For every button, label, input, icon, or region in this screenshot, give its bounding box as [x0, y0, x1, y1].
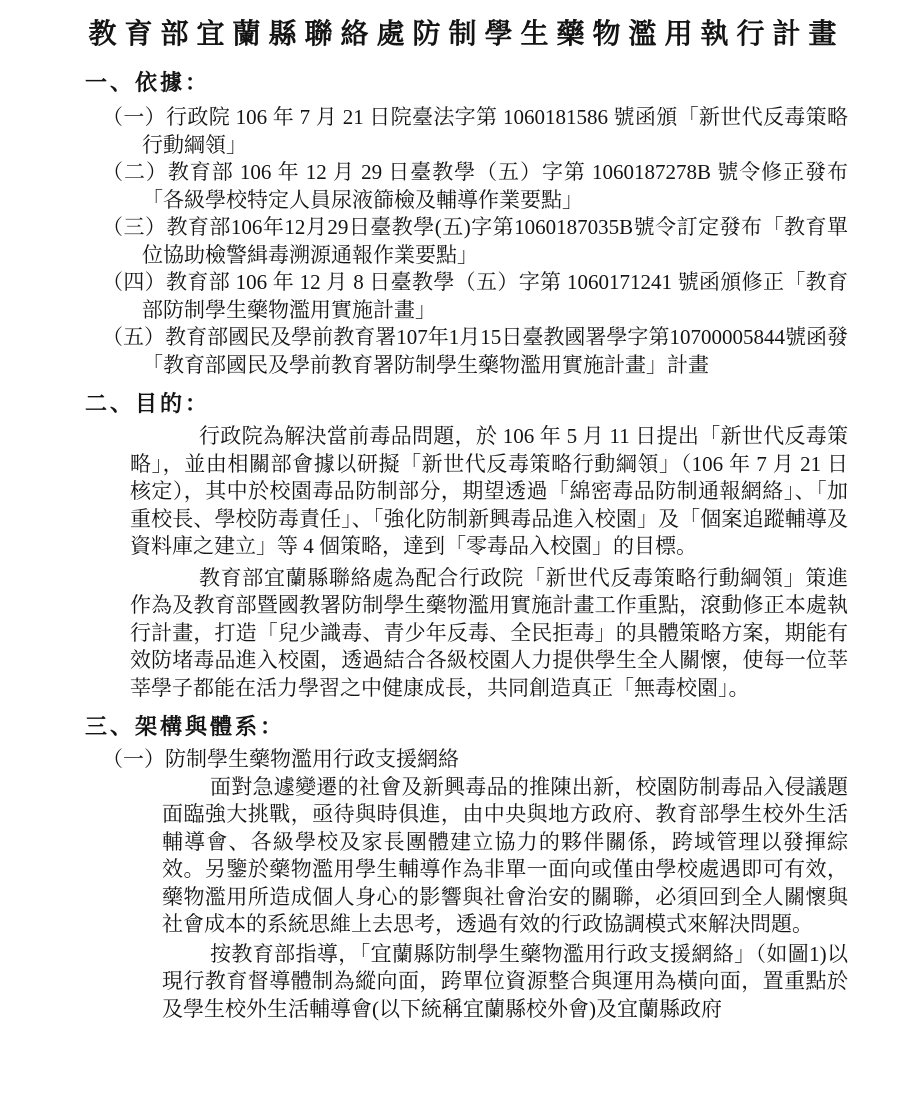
section-heading-purpose: 二、目的： [85, 389, 848, 419]
basis-item-4-text: 教育部 106 年 12 月 8 日臺教學（五）字第 1060171241 號函… [142, 270, 848, 322]
structure-paragraph-1: 面對急遽變遷的社會及新興毒品的推陳出新，校園防制毒品入侵議題面臨強大挑戰，亟待與… [162, 774, 848, 939]
basis-item-3: （三）教育部106年12月29日臺教學(五)字第1060187035B號令訂定發… [142, 214, 848, 269]
basis-item-5-marker: （五） [102, 325, 165, 349]
basis-list: （一）行政院 106 年 7 月 21 日院臺法字第 1060181586 號函… [85, 104, 848, 379]
basis-item-4: （四）教育部 106 年 12 月 8 日臺教學（五）字第 1060171241… [142, 269, 848, 324]
basis-item-3-marker: （三） [102, 215, 166, 239]
basis-item-2-marker: （二） [102, 160, 168, 184]
basis-item-3-text: 教育部106年12月29日臺教學(五)字第1060187035B號令訂定發布「教… [142, 215, 848, 267]
structure-subsection-marker: （一） [102, 747, 165, 771]
basis-item-2-text: 教育部 106 年 12 月 29 日臺教學（五）字第 1060187278B … [142, 160, 848, 212]
structure-paragraph-2: 按教育部指導，「宜蘭縣防制學生藥物濫用行政支援網絡」（如圖1)以現行教育督導體制… [162, 941, 848, 1024]
section-heading-structure: 三、架構與體系： [85, 712, 848, 742]
basis-item-5: （五）教育部國民及學前教育署107年1月15日臺教國署學字第1070000584… [142, 324, 848, 379]
purpose-paragraph-1: 行政院為解決當前毒品問題，於 106 年 5 月 11 日提出「新世代反毒策略」… [130, 423, 848, 561]
structure-subsection-title: 防制學生藥物濫用行政支援網絡 [165, 747, 459, 771]
purpose-paragraph-2: 教育部宜蘭縣聯絡處為配合行政院「新世代反毒策略行動綱領」策進作為及教育部暨國教署… [130, 565, 848, 703]
structure-body: （一）防制學生藥物濫用行政支援網絡 面對急遽變遷的社會及新興毒品的推陳出新，校園… [85, 746, 848, 1023]
structure-subsection-heading: （一）防制學生藥物濫用行政支援網絡 [102, 746, 848, 774]
basis-item-2: （二）教育部 106 年 12 月 29 日臺教學（五）字第 106018727… [142, 159, 848, 214]
purpose-body: 行政院為解決當前毒品問題，於 106 年 5 月 11 日提出「新世代反毒策略」… [85, 423, 848, 702]
basis-item-1-text: 行政院 106 年 7 月 21 日院臺法字第 1060181586 號函頒「新… [142, 105, 848, 157]
basis-item-1: （一）行政院 106 年 7 月 21 日院臺法字第 1060181586 號函… [142, 104, 848, 159]
document-page: 教育部宜蘭縣聯絡處防制學生藥物濫用執行計畫 一、依據： （一）行政院 106 年… [0, 0, 900, 1093]
basis-item-4-marker: （四） [102, 270, 166, 294]
basis-item-1-marker: （一） [102, 105, 166, 129]
document-title: 教育部宜蘭縣聯絡處防制學生藥物濫用執行計畫 [85, 16, 848, 54]
section-heading-basis: 一、依據： [85, 68, 848, 98]
basis-item-5-text: 教育部國民及學前教育署107年1月15日臺教國署學字第10700005844號函… [142, 325, 848, 377]
